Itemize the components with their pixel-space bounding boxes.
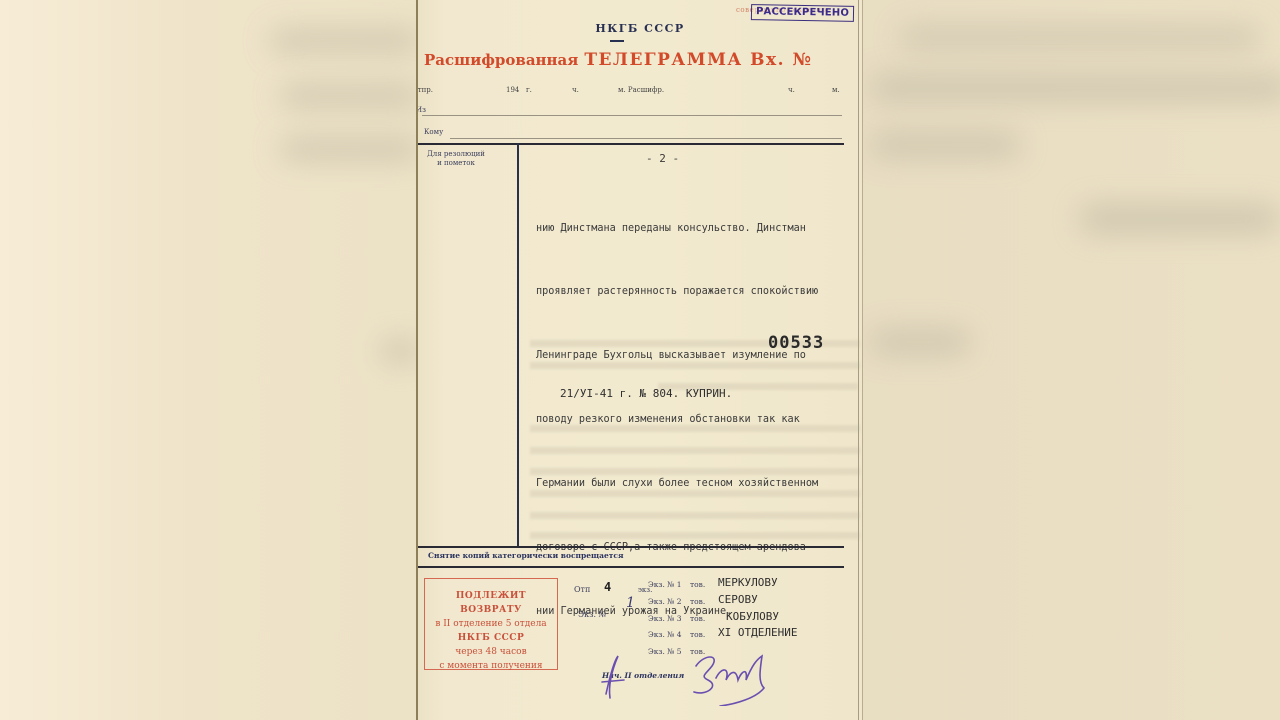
notice-bottom-divider [418, 566, 844, 568]
recipient-name: МЕРКУЛОВУ [718, 576, 778, 589]
return-stamp-line5: с момента получения [425, 659, 557, 673]
body-line: нию Динстмана переданы консульство. Динс… [536, 218, 862, 239]
return-stamp-line3: НКГБ СССР [425, 631, 557, 645]
resolution-column-label: Для резолюций и пометок [426, 150, 486, 168]
copy-label: Экз. № 1 [648, 580, 682, 589]
hour-label-2: ч. [788, 86, 795, 94]
copy-label: Экз. № 3 [648, 614, 682, 623]
comrade-label: тов. [690, 614, 705, 623]
title-main: ТЕЛЕГРАММА Вх. № [584, 50, 812, 70]
registration-number-stamp: 00533 [768, 333, 824, 353]
minute-label-2: м. [832, 86, 840, 94]
background-blur-shape [900, 28, 1260, 48]
background-blur-shape [870, 330, 970, 354]
minute-decrypt-label: м. Расшифр. [618, 86, 664, 94]
from-line [422, 115, 842, 116]
from-to-label: Из [418, 106, 426, 115]
background-blur-shape [380, 340, 420, 362]
document-title: РасшифрованнаяТЕЛЕГРАММА Вх. № [424, 50, 813, 70]
recipient-name: СЕРОВУ [718, 593, 758, 606]
header-divider [418, 143, 844, 145]
return-within-48h-stamp: ПОДЛЕЖИТ ВОЗВРАТУ в II отделение 5 отдел… [424, 578, 558, 670]
copy-prohibited-notice: Снятие копий категорически воспрещается [428, 551, 624, 560]
background-blur-shape [280, 138, 420, 160]
resolution-column-divider [517, 143, 519, 547]
to-whom-label: Кому [424, 128, 443, 137]
return-stamp-line1: ПОДЛЕЖИТ ВОЗВРАТУ [425, 589, 557, 617]
from-date-label: Отпр. [418, 86, 433, 94]
comrade-label: тов. [690, 597, 705, 606]
handwritten-signature-icon [596, 636, 796, 706]
return-stamp-line4: через 48 часов [425, 645, 557, 659]
body-line: проявляет растерянность поражается споко… [536, 281, 862, 302]
header-dash [610, 40, 624, 42]
background-blur-shape [870, 133, 1020, 157]
telegram-document: совершенно секретно РАССЕКРЕЧЕНО НКГБ СС… [418, 0, 862, 720]
printed-copies-count: 4 [604, 580, 611, 594]
agency-header: НКГБ СССР [418, 22, 862, 35]
telegram-signoff: 21/УI-41 г. № 804. КУПРИН. [560, 387, 732, 400]
recipient-name: КОБУЛОВУ [726, 610, 779, 623]
background-blur-shape [870, 75, 1280, 101]
body-line: Германии были слухи более тесном хозяйст… [536, 473, 862, 494]
copy-number-value: 1 [626, 595, 635, 611]
background-blur-shape [270, 30, 420, 52]
background-blur-shape [280, 85, 420, 107]
resolution-label-line1: Для резолюций [426, 150, 486, 159]
body-line: поводу резкого изменения обстановки так … [536, 409, 862, 430]
comrade-label: тов. [690, 580, 705, 589]
copy-number-label: Экз. № [578, 610, 606, 619]
hour-label: ч. [572, 86, 579, 94]
background-blur-shape [1080, 205, 1280, 233]
return-stamp-line2: в II отделение 5 отдела [425, 617, 557, 631]
to-whom-line [450, 138, 842, 139]
body-bottom-divider [418, 546, 844, 548]
page-right-edge [858, 0, 859, 720]
title-prefix: Расшифрованная [424, 51, 578, 69]
printed-copies-label: Отп [574, 585, 590, 594]
declassified-stamp: РАССЕКРЕЧЕНО [751, 4, 854, 22]
copy-label: Экз. № 2 [648, 597, 682, 606]
year-suffix: г. [526, 86, 532, 94]
resolution-label-line2: и пометок [426, 159, 486, 168]
year-label: 194 [506, 86, 519, 94]
page-number: - 2 - [646, 152, 679, 165]
dateline-row: Отпр. 194 г. ч. м. Расшифр. ч. м. [418, 86, 858, 98]
